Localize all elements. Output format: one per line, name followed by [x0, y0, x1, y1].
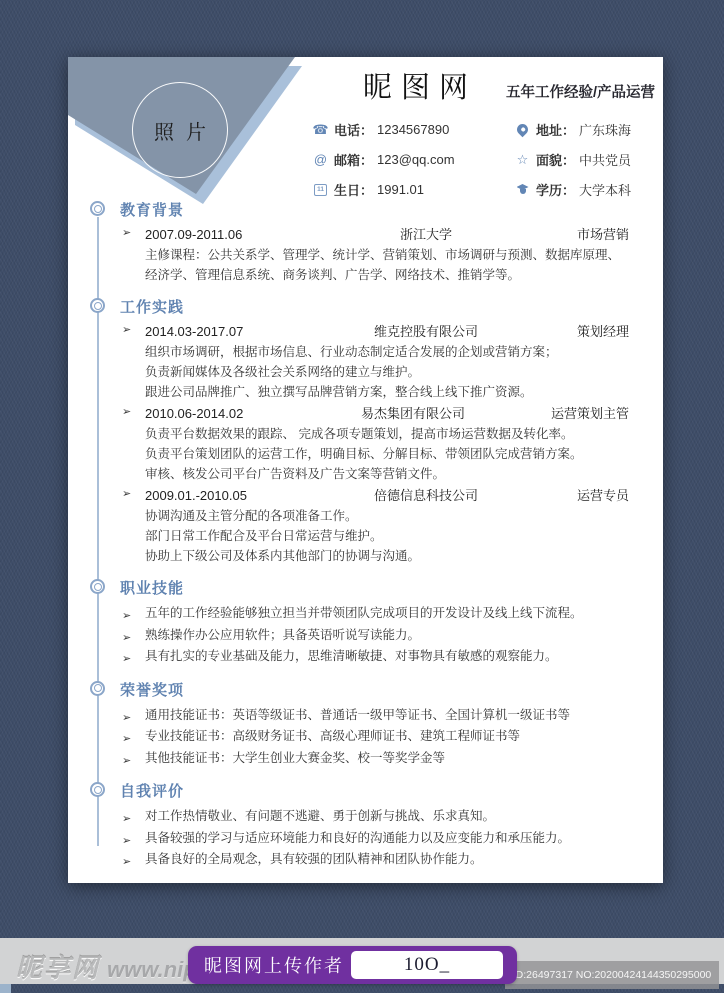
uploader-badge-label: 昵图网上传作者 — [204, 952, 344, 978]
experience-entry: ➢ 2007.09-2011.06 浙江大学 市场营销 主修课程：公共关系学、管… — [120, 225, 629, 285]
uploader-name: 10O_ — [404, 954, 450, 976]
arrow-bullet-icon: ➢ — [122, 226, 131, 239]
entry-header-row: 2009.01.-2010.05 倍德信息科技公司 运营专员 — [145, 486, 629, 506]
uploader-badge: 昵图网上传作者 10O_ — [188, 946, 517, 984]
detail-line: 审核、核发公司平台广告资料及广告文案等营销文件。 — [145, 464, 629, 484]
timeline-ring-icon — [90, 201, 105, 216]
bullet-line: ➢ 具备良好的全局观念，具有较强的团队精神和团队协作能力。 — [120, 849, 629, 871]
entry-role: 运营专员 — [577, 486, 629, 506]
resume-paper: 照片 昵图网 五年工作经验/产品运营 ☎ 电话： 1234567890 地址： … — [68, 57, 663, 883]
entry-details: 组织市场调研，根据市场信息、行业动态制定适合发展的企划或营销方案；负责新闻媒体及… — [145, 342, 629, 402]
contact-label: 生日： — [334, 180, 373, 199]
section-title: 荣誉奖项 — [120, 682, 184, 699]
section-body: ➢ 通用技能证书：英语等级证书、普通话一级甲等证书、全国计算机一级证书等 ➢ 专… — [120, 705, 629, 770]
detail-line: 主修课程：公共关系学、管理学、统计学、营销策划、市场调研与预测、数据库原理、经济… — [145, 245, 629, 285]
contact-row-birthday: 11 生日： 1991.01 — [313, 180, 513, 199]
entry-date: 2014.03-2017.07 — [145, 322, 275, 342]
entry-role: 策划经理 — [577, 322, 629, 342]
contact-grid: ☎ 电话： 1234567890 地址： 广东珠海 @ 邮箱： 123@qq.c… — [313, 120, 655, 199]
section-title: 自我评价 — [120, 783, 184, 800]
contact-row-education-level: 学历： 大学本科 — [515, 180, 655, 199]
arrow-bullet-icon: ➢ — [122, 751, 131, 773]
image-id-bar: ID:26497317 NO:20200424144350295000 — [505, 961, 719, 989]
resume-header: 昵图网 五年工作经验/产品运营 ☎ 电话： 1234567890 地址： 广东珠… — [313, 65, 655, 199]
arrow-bullet-icon: ➢ — [122, 323, 131, 336]
detail-line: 部门日常工作配合及平台日常运营与维护。 — [145, 526, 629, 546]
contact-label: 学历： — [536, 180, 575, 199]
calendar-icon: 11 — [313, 184, 328, 196]
section-body: ➢ 2007.09-2011.06 浙江大学 市场营销 主修课程：公共关系学、管… — [120, 225, 629, 285]
section-body: ➢ 2014.03-2017.07 维克控股有限公司 策划经理 组织市场调研，根… — [120, 322, 629, 566]
bullet-text: 具备较强的学习与适应环境能力和良好的沟通能力以及应变能力和承压能力。 — [145, 831, 570, 845]
detail-line: 协助上下级公司及体系内其他部门的协调与沟通。 — [145, 546, 629, 566]
contact-label: 电话： — [334, 120, 373, 139]
entry-header-row: 2014.03-2017.07 维克控股有限公司 策划经理 — [145, 322, 629, 342]
experience-entry: ➢ 2009.01.-2010.05 倍德信息科技公司 运营专员 协调沟通及主管… — [120, 486, 629, 566]
arrow-bullet-icon: ➢ — [122, 405, 131, 418]
location-pin-icon — [515, 124, 530, 135]
contact-value: 1234567890 — [377, 122, 449, 137]
entry-role: 运营策划主管 — [551, 404, 629, 424]
contact-label: 邮箱： — [334, 150, 373, 169]
timeline-ring-icon — [90, 579, 105, 594]
section-header: 荣誉奖项 — [120, 679, 629, 700]
resume-section: 荣誉奖项 ➢ 通用技能证书：英语等级证书、普通话一级甲等证书、全国计算机一级证书… — [68, 679, 663, 770]
bullet-text: 专业技能证书：高级财务证书、高级心理师证书、建筑工程师证书等 — [145, 729, 520, 743]
bullet-line: ➢ 熟练操作办公应用软件；具备英语听说写读能力。 — [120, 625, 629, 647]
section-header: 教育背景 — [120, 199, 629, 220]
entry-details: 负责平台数据效果的跟踪、 完成各项专题策划，提高市场运营数据及转化率。负责平台策… — [145, 424, 629, 484]
bullet-line: ➢ 专业技能证书：高级财务证书、高级心理师证书、建筑工程师证书等 — [120, 726, 629, 748]
bullet-text: 具有扎实的专业基础及能力，思维清晰敏捷、对事物具有敏感的观察能力。 — [145, 649, 558, 663]
detail-line: 负责新闻媒体及各级社会关系网络的建立与维护。 — [145, 362, 629, 382]
timeline-ring-icon — [90, 681, 105, 696]
section-header: 职业技能 — [120, 577, 629, 598]
resume-subtitle: 五年工作经验/产品运营 — [506, 81, 655, 102]
arrow-bullet-icon: ➢ — [122, 852, 131, 874]
email-icon: @ — [313, 152, 328, 167]
bullet-line: ➢ 具有扎实的专业基础及能力，思维清晰敏捷、对事物具有敏感的观察能力。 — [120, 646, 629, 668]
contact-row-status: ☆ 面貌： 中共党员 — [515, 150, 655, 169]
bullet-text: 其他技能证书：大学生创业大赛金奖、校一等奖学金等 — [145, 751, 445, 765]
entry-role: 市场营销 — [577, 225, 629, 245]
contact-value: 大学本科 — [579, 180, 631, 199]
corner-chip — [0, 984, 11, 993]
section-body: ➢ 五年的工作经验能够独立担当并带领团队完成项目的开发设计及线上线下流程。 ➢ … — [120, 603, 629, 668]
candidate-name: 昵图网 — [363, 65, 477, 106]
arrow-bullet-icon: ➢ — [122, 649, 131, 671]
section-title: 职业技能 — [120, 580, 184, 597]
bullet-line: ➢ 具备较强的学习与适应环境能力和良好的沟通能力以及应变能力和承压能力。 — [120, 828, 629, 850]
detail-line: 组织市场调研，根据市场信息、行业动态制定适合发展的企划或营销方案； — [145, 342, 629, 362]
detail-line: 负责平台数据效果的跟踪、 完成各项专题策划，提高市场运营数据及转化率。 — [145, 424, 629, 444]
resume-section: 工作实践 ➢ 2014.03-2017.07 维克控股有限公司 策划经理 组织市… — [68, 296, 663, 566]
entry-date: 2007.09-2011.06 — [145, 225, 275, 245]
timeline-ring-icon — [90, 298, 105, 313]
section-title: 教育背景 — [120, 202, 184, 219]
contact-value: 1991.01 — [377, 182, 424, 197]
section-title: 工作实践 — [120, 299, 184, 316]
resume-section: 教育背景 ➢ 2007.09-2011.06 浙江大学 市场营销 主修课程：公共… — [68, 199, 663, 285]
header-title-row: 昵图网 五年工作经验/产品运营 — [313, 65, 655, 106]
contact-row-address: 地址： 广东珠海 — [515, 120, 655, 139]
detail-line: 协调沟通及主管分配的各项准备工作。 — [145, 506, 629, 526]
bullet-text: 五年的工作经验能够独立担当并带领团队完成项目的开发设计及线上线下流程。 — [145, 606, 583, 620]
contact-row-email: @ 邮箱： 123@qq.com — [313, 150, 513, 169]
entry-organization: 浙江大学 — [275, 225, 577, 245]
detail-line: 跟进公司品牌推广、独立撰写品牌营销方案，整合线上线下推广资源。 — [145, 382, 629, 402]
entry-details: 协调沟通及主管分配的各项准备工作。部门日常工作配合及平台日常运营与维护。协助上下… — [145, 506, 629, 566]
entry-organization: 倍德信息科技公司 — [275, 486, 577, 506]
entry-header-row: 2007.09-2011.06 浙江大学 市场营销 — [145, 225, 629, 245]
entry-details: 主修课程：公共关系学、管理学、统计学、营销策划、市场调研与预测、数据库原理、经济… — [145, 245, 629, 285]
graduation-icon — [515, 184, 530, 195]
bullet-text: 通用技能证书：英语等级证书、普通话一级甲等证书、全国计算机一级证书等 — [145, 708, 570, 722]
bullet-text: 对工作热情敬业、有问题不逃避、勇于创新与挑战、乐求真知。 — [145, 809, 495, 823]
watermark-site-name: 昵享网 — [16, 948, 100, 985]
entry-header-row: 2010.06-2014.02 易杰集团有限公司 运营策划主管 — [145, 404, 629, 424]
bullet-line: ➢ 五年的工作经验能够独立担当并带领团队完成项目的开发设计及线上线下流程。 — [120, 603, 629, 625]
experience-entry: ➢ 2014.03-2017.07 维克控股有限公司 策划经理 组织市场调研，根… — [120, 322, 629, 402]
section-header: 自我评价 — [120, 780, 629, 801]
section-header: 工作实践 — [120, 296, 629, 317]
bullet-line: ➢ 对工作热情敬业、有问题不逃避、勇于创新与挑战、乐求真知。 — [120, 806, 629, 828]
phone-icon: ☎ — [313, 122, 328, 138]
entry-organization: 维克控股有限公司 — [275, 322, 577, 342]
entry-date: 2010.06-2014.02 — [145, 404, 275, 424]
image-id-text: ID:26497317 NO:20200424144350295000 — [513, 969, 712, 981]
timeline-ring-icon — [90, 782, 105, 797]
bullet-line: ➢ 其他技能证书：大学生创业大赛金奖、校一等奖学金等 — [120, 748, 629, 770]
detail-line: 负责平台策划团队的运营工作，明确目标、分解目标、带领团队完成营销方案。 — [145, 444, 629, 464]
contact-label: 地址： — [536, 120, 575, 139]
resume-section: 自我评价 ➢ 对工作热情敬业、有问题不逃避、勇于创新与挑战、乐求真知。 ➢ 具备… — [68, 780, 663, 871]
star-icon: ☆ — [515, 152, 530, 168]
entry-organization: 易杰集团有限公司 — [275, 404, 551, 424]
contact-label: 面貌： — [536, 150, 575, 169]
bullet-text: 熟练操作办公应用软件；具备英语听说写读能力。 — [145, 628, 420, 642]
uploader-name-box: 10O_ — [351, 951, 503, 979]
contact-value: 123@qq.com — [377, 152, 455, 167]
page-background: { "glyphs": { "bullet": "➢", "phone": "☎… — [0, 0, 724, 993]
experience-entry: ➢ 2010.06-2014.02 易杰集团有限公司 运营策划主管 负责平台数据… — [120, 404, 629, 484]
contact-value: 广东珠海 — [579, 120, 631, 139]
arrow-bullet-icon: ➢ — [122, 487, 131, 500]
bullet-line: ➢ 通用技能证书：英语等级证书、普通话一级甲等证书、全国计算机一级证书等 — [120, 705, 629, 727]
section-body: ➢ 对工作热情敬业、有问题不逃避、勇于创新与挑战、乐求真知。 ➢ 具备较强的学习… — [120, 806, 629, 871]
resume-section: 职业技能 ➢ 五年的工作经验能够独立担当并带领团队完成项目的开发设计及线上线下流… — [68, 577, 663, 668]
photo-placeholder: 照片 — [132, 82, 228, 178]
resume-sections: 教育背景 ➢ 2007.09-2011.06 浙江大学 市场营销 主修课程：公共… — [68, 199, 663, 882]
contact-row-phone: ☎ 电话： 1234567890 — [313, 120, 513, 139]
photo-label: 照片 — [142, 116, 218, 145]
contact-value: 中共党员 — [579, 150, 631, 169]
entry-date: 2009.01.-2010.05 — [145, 486, 275, 506]
bullet-text: 具备良好的全局观念，具有较强的团队精神和团队协作能力。 — [145, 852, 483, 866]
